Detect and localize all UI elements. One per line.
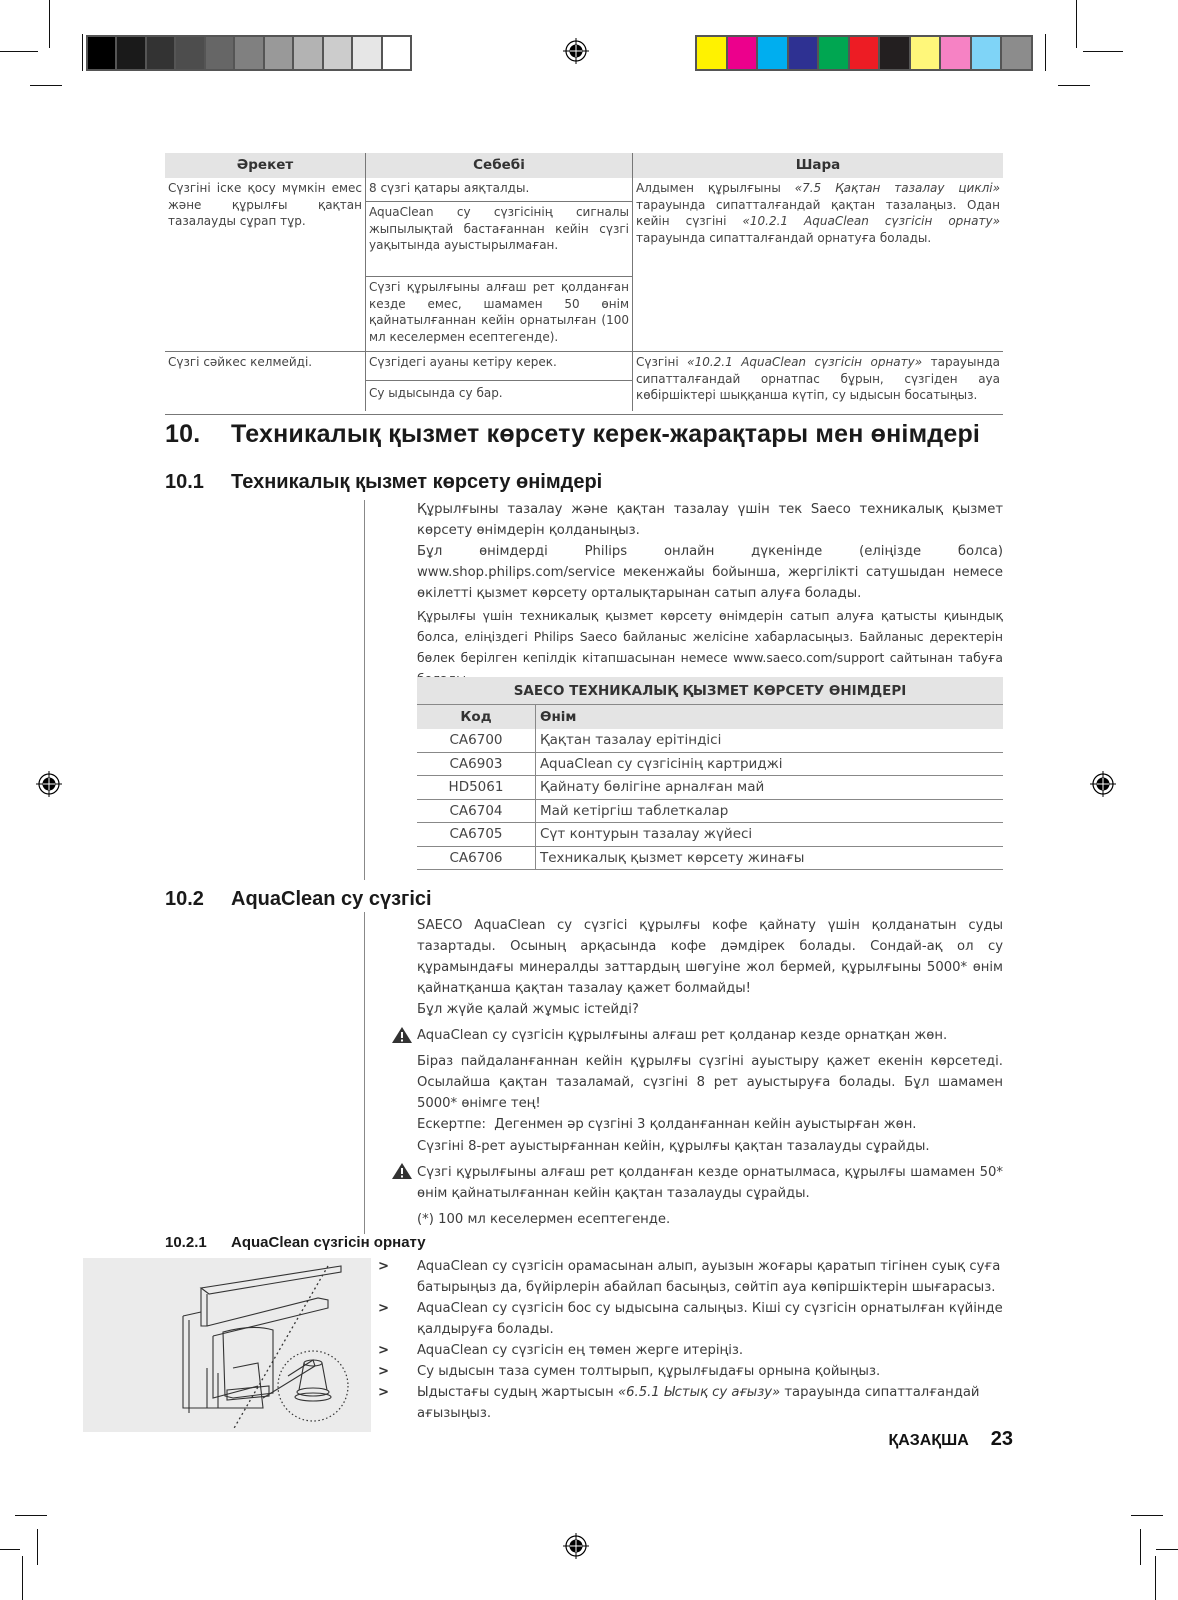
cross-reference: «7.5 Қақтан тазалау циклі» [795,181,1000,195]
product-code: CA6706 [417,846,536,870]
step-text: Су ыдысын таза сумен толтырып, құрылғыда… [417,1361,1005,1382]
step-text: AquaClean су сүзгісін ең төмен жерге ите… [417,1340,1005,1361]
paragraph: Біраз пайдаланғаннан кейін құрылғы сүзгі… [417,1051,1003,1114]
list-item: >Ыдыстағы судың жартысын «6.5.1 Ыстық су… [375,1382,1005,1424]
action-cell: Сүзгіні іске қосу мүмкін емес және құрыл… [165,178,366,352]
cross-reference: «10.2.1 AquaClean сүзгісін орнату» [687,355,922,369]
product-name: Қақтан тазалау ерітіндісі [536,729,1004,752]
cross-reference: «6.5.1 Ыстық су ағызу» [618,1385,780,1400]
registration-mark-icon [563,1533,589,1559]
color-swatch [819,37,848,69]
warning-icon [391,1026,413,1044]
remedy-cell: Сүзгіні «10.2.1 AquaClean сүзгісін орнат… [633,352,1004,412]
color-swatch [850,37,879,69]
color-swatch [758,37,787,69]
remedy-cell: Алдымен құрылғыны «7.5 Қақтан тазалау ци… [633,178,1004,352]
color-swatch [789,37,818,69]
color-swatch [383,37,410,69]
installation-steps: >AquaClean су сүзгісін орамасынан алып, … [375,1256,1005,1424]
step-text: Ыдыстағы судың жартысын «6.5.1 Ыстық су … [417,1382,1005,1424]
note: Ескертпе: Дегенмен әр сүзгіні 3 қолданға… [417,1114,1003,1135]
page-number: 23 [991,1428,1013,1450]
color-swatch [972,37,1001,69]
crop-mark [1140,1529,1141,1565]
bullet-marker: > [375,1256,417,1298]
column-header: Себебі [366,153,633,178]
product-code: CA6700 [417,729,536,752]
crop-mark [0,51,38,52]
product-name: Сүт контурын тазалау жүйесі [536,823,1004,847]
crop-mark [37,1529,38,1565]
list-item: >Су ыдысын таза сумен толтырып, құрылғыд… [375,1361,1005,1382]
cross-reference: «10.2.1 AquaClean сүзгісін орнату» [742,214,1000,228]
cause-cell: Су ыдысында су бар. [366,381,633,412]
bullet-marker: > [375,1340,417,1361]
action-cell: Сүзгі сәйкес келмейді. [165,352,366,412]
list-item: >AquaClean су сүзгісін бос су ыдысына са… [375,1298,1005,1340]
section-heading: 10.Техникалық қызмет көрсету керек-жарақ… [165,420,980,449]
color-swatch [697,37,726,69]
color-swatch [911,37,940,69]
cause-cell: Сүзгі құрылғыны алғаш рет қолданған кезд… [366,277,633,352]
column-header: Әрекет [165,153,366,178]
footnote: (*) 100 мл кеселермен есептегенде. [417,1209,1003,1230]
products-table: SAECO ТЕХНИКАЛЫҚ ҚЫЗМЕТ КӨРСЕТУ ӨНІМДЕРІ… [417,677,1003,870]
color-swatch [147,37,174,69]
cause-cell: AquaClean су сүзгісінің сигналы жыпылықт… [366,202,633,277]
color-swatch [265,37,292,69]
subsection-heading: 10.2AquaClean су сүзгісі [165,888,432,911]
table-row: Сүзгіні іске қосу мүмкін емес және құрыл… [165,178,1003,202]
column-header: Код [417,705,536,730]
troubleshooting-table: Әрекет Себебі Шара Сүзгіні іске қосу мүм… [165,153,1003,411]
step-text: AquaClean су сүзгісін бос су ыдысына сал… [417,1298,1005,1340]
footer-language: ҚАЗАҚША [888,1432,968,1449]
table-caption: SAECO ТЕХНИКАЛЫҚ ҚЫЗМЕТ КӨРСЕТУ ӨНІМДЕРІ [417,677,1003,705]
product-name: Қайнату бөлігіне арналған май [536,776,1004,800]
grayscale-calibration-bar [86,35,412,71]
product-name: Техникалық қызмет көрсету жинағы [536,846,1004,870]
table-row: CA6700Қақтан тазалау ерітіндісі [417,729,1003,752]
registration-mark-icon [1090,771,1116,797]
cause-cell: Сүзгідегі ауаны кетіру керек. [366,352,633,381]
product-name: Май кетіргіш таблеткалар [536,799,1004,823]
warning-text: AquaClean су сүзгісін құрылғыны алғаш ре… [417,1025,1003,1046]
table-bottom-rule [165,414,1003,415]
table-row: CA6706Техникалық қызмет көрсету жинағы [417,846,1003,870]
color-swatch [353,37,380,69]
table-row: CA6705Сүт контурын тазалау жүйесі [417,823,1003,847]
crop-mark [15,1515,47,1516]
crop-mark [1058,85,1090,86]
paragraph: Сүзгіні 8-рет ауыстырғаннан кейін, құрыл… [417,1136,1003,1157]
table-row: HD5061Қайнату бөлігіне арналған май [417,776,1003,800]
paragraph: Бұл жүйе қалай жұмыс істейді? [417,999,1003,1020]
crop-mark [1131,1515,1163,1516]
subsubsection-heading: 10.2.1AquaClean сүзгісін орнату [165,1234,426,1251]
bullet-marker: > [375,1361,417,1382]
warning-icon [391,1162,413,1180]
crop-mark [1083,51,1123,52]
list-item: >AquaClean су сүзгісін ең төмен жерге ит… [375,1340,1005,1361]
table-row: Сүзгі сәйкес келмейді. Сүзгідегі ауаны к… [165,352,1003,381]
step-text: AquaClean су сүзгісін орамасынан алып, а… [417,1256,1005,1298]
registration-mark-icon [563,38,589,64]
column-rule [364,500,365,880]
color-swatch [88,37,115,69]
table-row: CA6704Май кетіргіш таблеткалар [417,799,1003,823]
crop-mark [49,0,50,48]
color-swatch [1002,37,1031,69]
table-row: CA6903AquaClean су сүзгісінің картриджі [417,752,1003,776]
crop-mark [1045,34,1046,71]
water-tank-filter-drawing [83,1258,371,1432]
paragraph: Бұл өнімдерді Philips онлайн дүкенінде (… [417,541,1003,604]
crop-mark [30,85,62,86]
color-swatch [117,37,144,69]
product-code: HD5061 [417,776,536,800]
product-code: CA6705 [417,823,536,847]
crop-mark [0,1549,20,1550]
column-header: Шара [633,153,1004,178]
filter-installation-illustration [83,1258,371,1432]
page-footer: ҚАЗАҚША23 [888,1428,1013,1451]
color-swatch [206,37,233,69]
cause-cell: 8 сүзгі қатары аяқталды. [366,178,633,202]
column-header: Өнім [536,705,1004,730]
list-item: >AquaClean су сүзгісін орамасынан алып, … [375,1256,1005,1298]
crop-mark [1076,0,1077,48]
color-calibration-bar [695,35,1033,71]
color-swatch [176,37,203,69]
color-swatch [941,37,970,69]
product-code: CA6704 [417,799,536,823]
crop-mark [82,34,83,71]
color-swatch [294,37,321,69]
crop-mark [1155,1556,1156,1600]
column-rule [364,912,365,1234]
color-swatch [235,37,262,69]
warning-text: Сүзгі құрылғыны алғаш рет қолданған кезд… [417,1162,1003,1204]
product-name: AquaClean су сүзгісінің картриджі [536,752,1004,776]
bullet-marker: > [375,1298,417,1340]
subsection-heading: 10.1Техникалық қызмет көрсету өнімдері [165,471,602,494]
color-swatch [728,37,757,69]
product-code: CA6903 [417,752,536,776]
bullet-marker: > [375,1382,417,1424]
crop-mark [22,1556,23,1600]
paragraph: SAECO AquaClean су сүзгісі құрылғы кофе … [417,915,1003,999]
color-swatch [880,37,909,69]
registration-mark-icon [36,771,62,797]
color-swatch [324,37,351,69]
paragraph: Құрылғыны тазалау және қақтан тазалау үш… [417,499,1003,541]
crop-mark [1156,1549,1178,1550]
